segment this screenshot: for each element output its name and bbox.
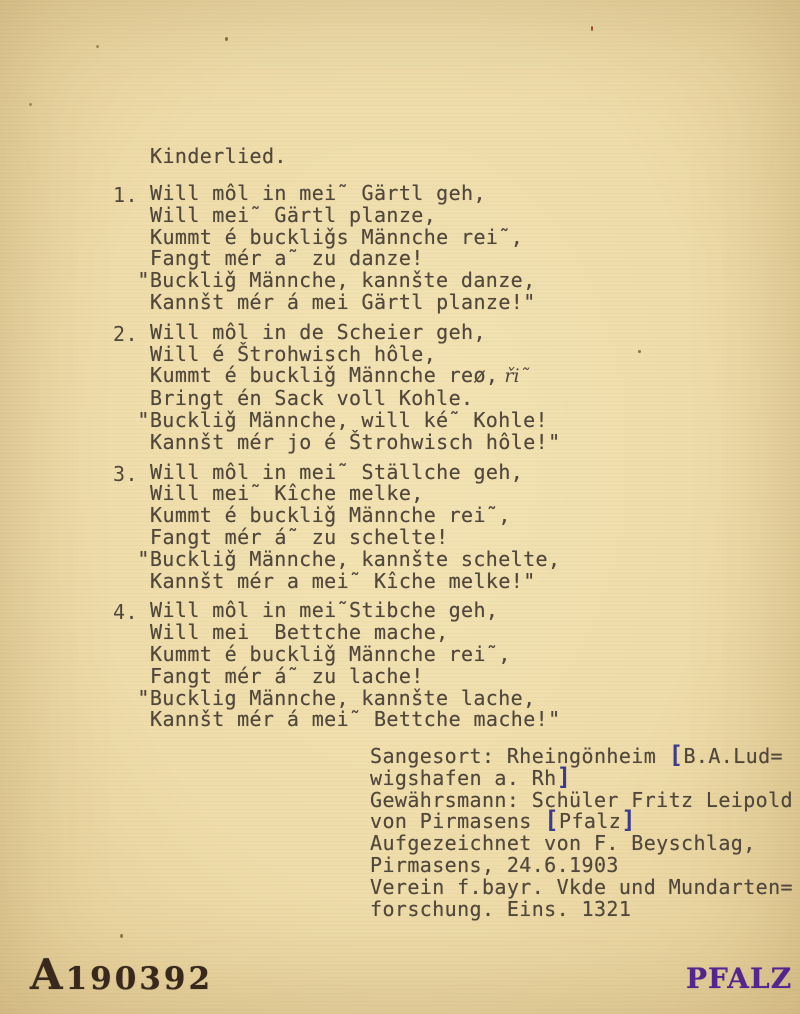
verse-number: 1. xyxy=(113,183,138,207)
archive-prefix: A xyxy=(30,950,66,999)
verse-number: 4. xyxy=(113,600,138,624)
typed-text: Will é Štrohwisch hôle, xyxy=(150,342,436,366)
typed-text: "Buckliǧ Männche, kannšte schelte, xyxy=(137,547,560,571)
verse: 4.Will môl in mei˜Stibche geh,Will mei B… xyxy=(150,600,561,731)
verse-line: Kannšt mér á mei Gärtl planze!" xyxy=(150,292,561,314)
typed-text: Kannšt mér jo é Štrohwisch hôle!" xyxy=(150,430,561,454)
verse-line: Will mei˜ Gärtl planze, xyxy=(150,205,561,227)
typed-text: B.A.Lud= xyxy=(683,744,783,768)
verse-line: Will mei Bettche mache, xyxy=(150,622,561,644)
verse-line: Kummt é buckliǧ Männche rei˜, xyxy=(150,644,561,666)
verse-line: Will môl in mei˜Stibche geh, xyxy=(150,600,561,622)
typed-text: Aufgezeichnet von F. Beyschlag, xyxy=(370,831,756,855)
typed-text: Will mei Bettche mache, xyxy=(150,620,449,644)
song-verses: 1.Will môl in mei˜ Gärtl geh,Will mei˜ G… xyxy=(150,183,561,739)
archive-number-stamp: A190392 xyxy=(30,950,213,999)
verse-line: Will môl in de Scheier geh, xyxy=(150,322,561,344)
typed-text: Kummt é buckliǧ Männche reø, xyxy=(150,363,498,387)
paper-speck xyxy=(29,103,32,106)
handwritten-correction: ři˜ xyxy=(498,365,529,387)
verse: 1.Will môl in mei˜ Gärtl geh,Will mei˜ G… xyxy=(150,183,561,314)
archive-digits: 190392 xyxy=(66,961,213,997)
typed-text: Fangt mér á˜ zu schelte! xyxy=(150,525,449,549)
typed-text: Pirmasens, 24.6.1903 xyxy=(370,853,619,877)
credits-block: Sangesort: Rheingönheim [B.A.Lud=wigshaf… xyxy=(370,746,793,920)
verse-line: Bringt én Sack voll Kohle. xyxy=(150,388,561,410)
page-title: Kinderlied. xyxy=(150,144,287,168)
typed-text: Fangt mér a˜ zu danze! xyxy=(150,246,424,270)
typed-text: Kummt é buckliǧ Männche rei˜, xyxy=(150,642,511,666)
paper-speck xyxy=(225,37,228,41)
typed-text: Will mei˜ Gärtl planze, xyxy=(150,203,436,227)
credits-line: Sangesort: Rheingönheim [B.A.Lud= xyxy=(370,746,793,768)
typed-text: Pfalz xyxy=(559,809,621,833)
verse-line: Fangt mér a˜ zu danze! xyxy=(150,248,561,270)
verse-line: Fangt mér á˜ zu schelte! xyxy=(150,527,561,549)
credits-line: von Pirmasens [Pfalz] xyxy=(370,811,793,833)
typed-text: Kannšt mér á mei˜ Bettche mache!" xyxy=(150,707,561,731)
typed-text: forschung. Eins. 1321 xyxy=(370,897,631,921)
ink-bracket: ] xyxy=(557,763,572,791)
credits-line: wigshafen a. Rh] xyxy=(370,768,793,790)
ink-bracket: [ xyxy=(544,806,559,834)
paper-speck xyxy=(591,26,593,31)
typed-text: Kannšt mér a mei˜ Kîche melke!" xyxy=(150,569,536,593)
verse-line: "Buckliǧ Männche, kannšte schelte, xyxy=(150,549,561,571)
paper-speck xyxy=(120,934,123,938)
ink-bracket: ] xyxy=(621,806,636,834)
typed-text: Gewährsmann: Schüler Fritz Leipold xyxy=(370,788,793,812)
verse-line: Kummt é buckliǧ Männche rei˜, xyxy=(150,505,561,527)
typed-text: von Pirmasens xyxy=(370,809,544,833)
verse-number: 3. xyxy=(113,462,138,486)
paper-speck xyxy=(638,350,641,353)
typed-text: "Buckliǧ Männche, kannšte danze, xyxy=(137,268,535,292)
typed-text: "Bucklig Männche, kannšte lache, xyxy=(137,686,535,710)
verse-number: 2. xyxy=(113,322,138,346)
verse-line: Will mei˜ Kîche melke, xyxy=(150,483,561,505)
credits-line: Pirmasens, 24.6.1903 xyxy=(370,855,793,877)
typed-text: Kannšt mér á mei Gärtl planze!" xyxy=(150,290,536,314)
typed-text: "Buckliǧ Männche, will ké˜ Kohle! xyxy=(137,408,548,432)
typed-text: Will môl in mei˜Stibche geh, xyxy=(150,598,498,622)
verse-line: Will môl in mei˜ Ställche geh, xyxy=(150,462,561,484)
verse: 2.Will môl in de Scheier geh,Will é Štro… xyxy=(150,322,561,454)
verse-line: "Buckliǧ Männche, kannšte danze, xyxy=(150,270,561,292)
credits-line: Verein f.bayr. Vkde und Mundarten= xyxy=(370,877,793,899)
pfalz-stamp: PFALZ xyxy=(686,962,792,995)
typed-text: Kummt é buckliǧ Männche rei˜, xyxy=(150,503,511,527)
verse-line: Kummt é buckliǧs Männche rei˜, xyxy=(150,227,561,249)
credits-line: forschung. Eins. 1321 xyxy=(370,899,793,921)
ink-bracket: [ xyxy=(669,741,684,769)
typed-text: Fangt mér á˜ zu lache! xyxy=(150,664,424,688)
typed-text: Bringt én Sack voll Kohle. xyxy=(150,386,473,410)
verse-line: "Buckliǧ Männche, will ké˜ Kohle! xyxy=(150,410,561,432)
verse-line: "Bucklig Männche, kannšte lache, xyxy=(150,688,561,710)
verse-line: Fangt mér á˜ zu lache! xyxy=(150,666,561,688)
credits-line: Aufgezeichnet von F. Beyschlag, xyxy=(370,833,793,855)
paper-speck xyxy=(96,45,99,48)
typed-text: Will môl in mei˜ Ställche geh, xyxy=(150,460,523,484)
typed-text: wigshafen a. Rh xyxy=(370,766,557,790)
document-page: Kinderlied. 1.Will môl in mei˜ Gärtl geh… xyxy=(0,0,800,1014)
verse-line: Will é Štrohwisch hôle, xyxy=(150,344,561,366)
verse-line: Kannšt mér jo é Štrohwisch hôle!" xyxy=(150,432,561,454)
verse-line: Kannšt mér a mei˜ Kîche melke!" xyxy=(150,571,561,593)
verse-line: Will môl in mei˜ Gärtl geh, xyxy=(150,183,561,205)
typed-text: Sangesort: Rheingönheim xyxy=(370,744,669,768)
typed-text: Kummt é buckliǧs Männche rei˜, xyxy=(150,225,523,249)
typed-text: Verein f.bayr. Vkde und Mundarten= xyxy=(370,875,793,899)
verse: 3.Will môl in mei˜ Ställche geh,Will mei… xyxy=(150,462,561,593)
verse-line: Kummt é buckliǧ Männche reø, ři˜ xyxy=(150,365,561,388)
typed-text: Will môl in de Scheier geh, xyxy=(150,320,486,344)
verse-line: Kannšt mér á mei˜ Bettche mache!" xyxy=(150,709,561,731)
typed-text: Will môl in mei˜ Gärtl geh, xyxy=(150,181,486,205)
typed-text: Will mei˜ Kîche melke, xyxy=(150,481,424,505)
